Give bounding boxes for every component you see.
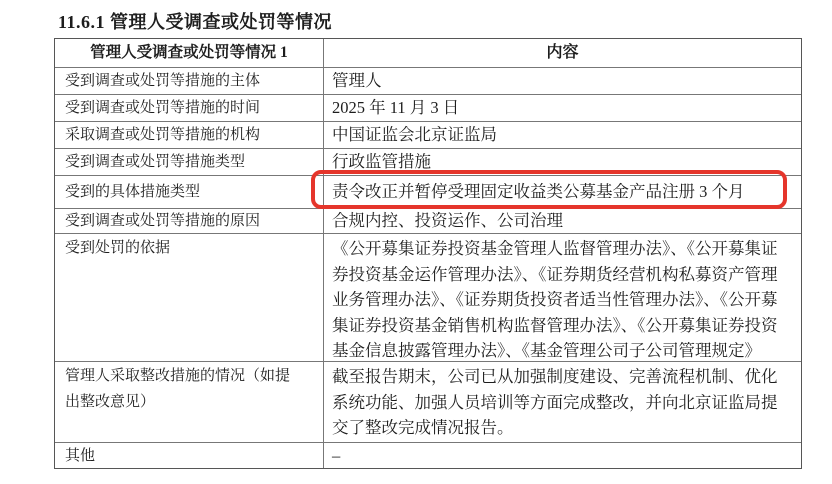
table-header-row: 管理人受调查或处罚等情况 1 内容 <box>55 39 801 67</box>
table-row-specific-measure: 受到的具体措施类型 责令改正并暂停受理固定收益类公募基金产品注册 3 个月 <box>55 175 801 208</box>
row-label: 受到调查或处罚等措施的时间 <box>55 95 324 121</box>
table-row-subject: 受到调查或处罚等措施的主体 管理人 <box>55 67 801 94</box>
table-header-content-col: 内容 <box>324 39 801 67</box>
penalty-info-table: 管理人受调查或处罚等情况 1 内容 受到调查或处罚等措施的主体 管理人 受到调查… <box>54 38 802 469</box>
row-value: 行政监管措施 <box>324 149 801 175</box>
section-title: 11.6.1 管理人受调查或处罚等情况 <box>58 8 332 34</box>
row-value: 合规内控、投资运作、公司治理 <box>324 209 801 233</box>
row-label: 受到处罚的依据 <box>55 234 324 361</box>
row-value-highlighted: 责令改正并暂停受理固定收益类公募基金产品注册 3 个月 <box>324 176 801 208</box>
table-row-legal-basis: 受到处罚的依据 《公开募集证券投资基金管理人监督管理办法》、《公开募集证券投资基… <box>55 233 801 361</box>
row-label: 受到调查或处罚等措施的主体 <box>55 68 324 94</box>
row-label: 管理人采取整改措施的情况（如提出整改意见） <box>55 362 324 442</box>
row-value: 中国证监会北京证监局 <box>324 122 801 148</box>
row-label: 受到的具体措施类型 <box>55 176 324 208</box>
table-row-other: 其他 – <box>55 442 801 468</box>
row-label: 其他 <box>55 443 324 468</box>
table-row-measure-type: 受到调查或处罚等措施类型 行政监管措施 <box>55 148 801 175</box>
table-row-authority: 采取调查或处罚等措施的机构 中国证监会北京证监局 <box>55 121 801 148</box>
row-label: 受到调查或处罚等措施的原因 <box>55 209 324 233</box>
table-header-label-col: 管理人受调查或处罚等情况 1 <box>55 39 324 67</box>
document-page: 11.6.1 管理人受调查或处罚等情况 管理人受调查或处罚等情况 1 内容 受到… <box>0 0 832 484</box>
table-row-rectification: 管理人采取整改措施的情况（如提出整改意见） 截至报告期末，公司已从加强制度建设、… <box>55 361 801 442</box>
row-value: 管理人 <box>324 68 801 94</box>
table-row-reason: 受到调查或处罚等措施的原因 合规内控、投资运作、公司治理 <box>55 208 801 233</box>
row-value: – <box>324 443 801 468</box>
row-label: 受到调查或处罚等措施类型 <box>55 149 324 175</box>
row-label: 采取调查或处罚等措施的机构 <box>55 122 324 148</box>
row-value: 截至报告期末，公司已从加强制度建设、完善流程机制、优化系统功能、加强人员培训等方… <box>324 362 801 442</box>
table-row-date: 受到调查或处罚等措施的时间 2025 年 11 月 3 日 <box>55 94 801 121</box>
row-value: 2025 年 11 月 3 日 <box>324 95 801 121</box>
row-value: 《公开募集证券投资基金管理人监督管理办法》、《公开募集证券投资基金运作管理办法》… <box>324 234 801 361</box>
